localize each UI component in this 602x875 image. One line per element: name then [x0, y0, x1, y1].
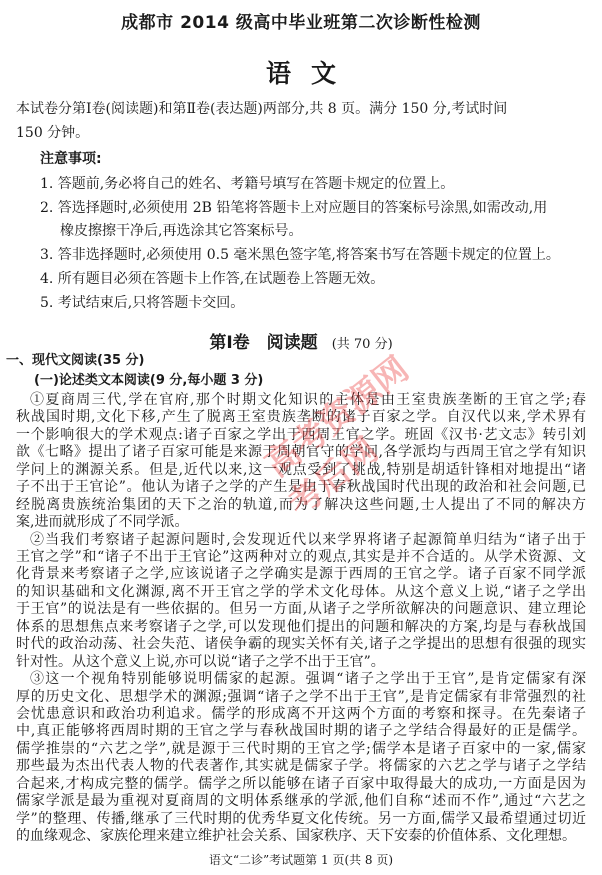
para-line: 秋战国时期,文化下移,产生了脱离王室贵族垄断的诸子百家之学。自汉代以来,学术界有	[16, 408, 586, 426]
notice-item-5: 5. 考试结束后,只将答题卡交回。	[40, 294, 244, 312]
subject-title: 语文	[0, 54, 602, 90]
para-line: 会忧患意识和政治功利追求。儒学的形成离不开这两个方面的考察和探寻。在先秦诸子	[16, 705, 586, 723]
para-line: 一个影响很大的学术观点:诸子百家之学出于西周王官之学。班固《汉书·艺文志》转引刘	[16, 426, 586, 444]
para-line: 儒学推崇的“六艺之学”,就是源于三代时期的王官之学;儒学本是诸子百家中的一家,儒…	[16, 740, 586, 758]
para-line: 中,真正能够将西周时期的王官之学与春秋战国时期的诸子之学结合得最好的正是儒学。	[16, 722, 586, 740]
para-line: ③这一个视角特别能够说明儒家的起源。强调“诸子之学出于王官”,是肯定儒家有深	[30, 670, 586, 688]
para-line: 歆《七略》提出了诸子百家可能是来源于周朝官守的学问,各学派均与西周王官之学有知识	[16, 443, 586, 461]
part-heading: 一、现代文阅读(35 分)	[6, 352, 145, 370]
para-line: 化背景来考察诸子之学,应该说诸子之学确实是源于西周的王官之学。诸子百家不同学派	[16, 565, 586, 583]
page-footer: 语文“二诊”考试题第 1 页(共 8 页)	[0, 851, 602, 868]
exam-page: 成都市 2014 级高中毕业班第二次诊断性检测 语文 本试卷分第Ⅰ卷(阅读题)和…	[0, 0, 602, 875]
notice-item-4: 4. 所有题目必须在答题卡上作答,在试题卷上答题无效。	[40, 270, 384, 288]
para-line: 于王官”的说法是有一些依据的。但另一方面,从诸子之学所欲解决的问题意识、建立理论	[16, 600, 586, 618]
notice-item-2-cont: 橡皮擦擦干净后,再选涂其它答案标号。	[60, 222, 302, 240]
para-line: 学”的整理、传播,继承了三代时期的优秀华夏文化传统。另一方面,儒学又最希望通过切…	[16, 810, 586, 828]
notice-item-1: 1. 答题前,务必将自己的姓名、考籍号填写在答题卡规定的位置上。	[40, 175, 454, 193]
section-title: 第Ⅰ卷 阅读题	[209, 333, 317, 353]
para-line: 针对性。从这个意义上说,亦可以说“诸子之学不出于王官”。	[16, 653, 586, 671]
para-line: 儒家学派是最为重视对夏商周的文明体系继承的学派,他们自称“述而不作”,通过“六艺…	[16, 792, 586, 810]
para-line: 子不出于王官论”。他认为诸子之学的产生是由于春秋战国时代出现的政治和社会问题,已	[16, 478, 586, 496]
intro-line-1: 本试卷分第Ⅰ卷(阅读题)和第Ⅱ卷(表达题)两部分,共 8 页。满分 150 分,…	[16, 100, 507, 118]
para-line: 王官之学”和“诸子不出于王官论”这两种对立的观点,其实是并不合适的。从学术资源、…	[16, 548, 586, 566]
para-line: 合起来,才构成完整的儒学。儒学之所以能够在诸子百家中取得最大的成功,一方面是因为	[16, 775, 586, 793]
para-line: 体系的思想焦点来考察诸子之学,可以发现他们提出的问题和解决的方案,均是与春秋战国	[16, 618, 586, 636]
para-line: 的知识基础和文化渊源,离不开王官之学的学术文化母体。从这个意义上说,“诸子之学出	[16, 583, 586, 601]
notice-item-3: 3. 答非选择题时,必须使用 0.5 毫米黑色签字笔,将答案书写在答题卡规定的位…	[40, 246, 560, 264]
section-score: (共 70 分)	[332, 337, 393, 352]
para-line: 的血缘观念、家族伦理来建立维护社会关系、国家秩序、天下安泰的价值体系、文化理想。	[16, 827, 586, 845]
para-line: 经脱离贵族统治集团的天下之治的轨道,而为了解决这些问题,士人提出了不同的解决方	[16, 496, 586, 514]
para-line: ①夏商周三代,学在官府,那个时期文化知识的主体是由王室贵族垄断的王官之学;春	[30, 391, 586, 409]
para-line: 那些最为杰出代表人物的代表著作,其实就是儒家子学。将儒家的六艺之学与诸子之学结	[16, 757, 586, 775]
para-line: 案,进而就形成了不同学派。	[16, 513, 586, 531]
para-line: 时代的政治动荡、社会失范、诸侯争霸的现实关怀有关,诸子之学提出的思想有很强的现实	[16, 635, 586, 653]
subpart-heading: (一)论述类文本阅读(9 分,每小题 3 分)	[34, 372, 263, 390]
notice-heading: 注意事项:	[40, 150, 102, 168]
section-heading: 第Ⅰ卷 阅读题(共 70 分)	[0, 328, 602, 353]
exam-title: 成都市 2014 级高中毕业班第二次诊断性检测	[0, 8, 602, 33]
para-line: 厚的历史文化、思想学术的渊源;强调“诸子之学不出于王官”,是肯定儒家有非常强烈的…	[16, 688, 586, 706]
para-line: ②当我们考察诸子起源问题时,会发现近代以来学界将诸子起源简单归结为“诸子出于	[30, 531, 586, 549]
intro-line-2: 150 分钟。	[16, 124, 89, 142]
para-line: 学问上的渊源关系。但是,近代以来,这一观点受到了挑战,特别是胡适针锋相对地提出“…	[16, 461, 586, 479]
notice-item-2: 2. 答选择题时,必须使用 2B 铅笔将答题卡上对应题目的答案标号涂黑,如需改动…	[40, 199, 547, 217]
